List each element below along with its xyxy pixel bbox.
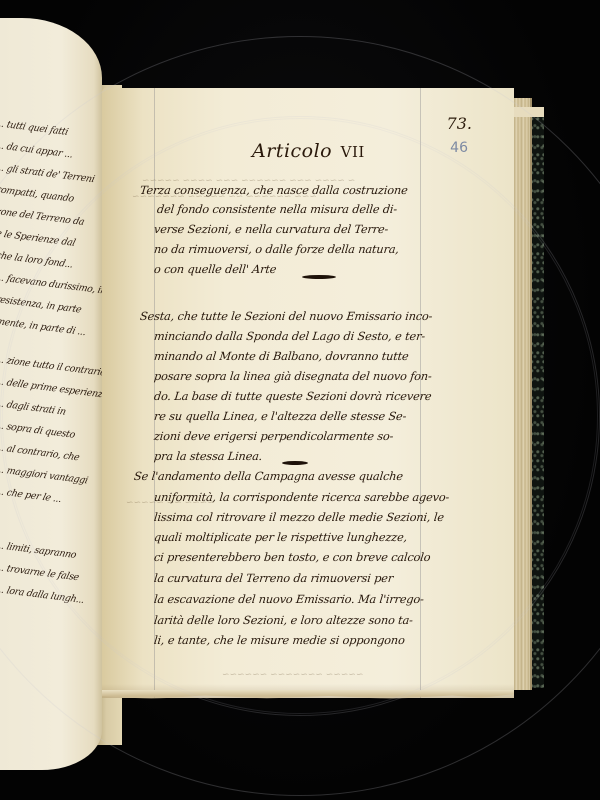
text-line: Terza conseguenza, che nasce dalla costr… bbox=[139, 184, 408, 197]
text-line: li, e tante, che le misure medie si oppo… bbox=[153, 634, 405, 647]
text-line: pra la stessa Linea. bbox=[153, 450, 263, 463]
text-line: la curvatura del Terreno da rimuoversi p… bbox=[153, 572, 393, 585]
folio-number: 73. bbox=[447, 114, 472, 133]
text-line: del fondo consistente nella misura delle… bbox=[156, 203, 397, 216]
endpaper-corner bbox=[510, 107, 544, 117]
heading-numeral: VII bbox=[341, 143, 365, 161]
text-line: quali moltiplicate per le rispettive lun… bbox=[153, 531, 407, 544]
article-heading: Articolo VII bbox=[252, 140, 365, 162]
text-line: Sesta, che tutte le Sezioni del nuovo Em… bbox=[139, 310, 433, 323]
left-page-text: ... tutti quei fatti ... da cui appar ..… bbox=[0, 113, 102, 601]
text-line: posare sopra la linea già disegnata del … bbox=[153, 370, 432, 383]
show-through-text: ~~~~~ ~~~~~~~ ~~~~~~ bbox=[222, 670, 363, 680]
text-line: la escavazione del nuovo Emissario. Ma l… bbox=[153, 593, 424, 606]
text-line: verse Sezioni, e nella curvatura del Ter… bbox=[153, 223, 389, 236]
text-line: o con quelle dell' Arte bbox=[153, 263, 277, 276]
text-line: ci presenterebbero ben tosto, e con brev… bbox=[153, 551, 431, 564]
text-line: lissima col ritrovare il mezzo delle med… bbox=[153, 511, 444, 524]
heading-label: Articolo bbox=[252, 140, 332, 162]
right-page: ~ ~~~~ ~~~ ~~~~~~ ~~~ ~~~~ ~~~~~ ~~~ ~~~… bbox=[102, 88, 514, 698]
text-line: zioni deve erigersi perpendicolarmente s… bbox=[153, 430, 394, 443]
left-page: ... tutti quei fatti ... da cui appar ..… bbox=[0, 18, 102, 770]
text-line: minando al Monte di Balbano, dovranno tu… bbox=[153, 350, 409, 363]
marbled-cover-board bbox=[530, 108, 544, 688]
text-line: no da rimuoversi, o dalle forze della na… bbox=[153, 243, 399, 256]
text-line: larità delle loro Sezioni, e loro altezz… bbox=[153, 614, 413, 627]
text-line: do. La base di tutte queste Sezioni dovr… bbox=[153, 390, 432, 403]
text-line: re su quella Linea, e l'altezza delle st… bbox=[153, 410, 407, 423]
text-line: minciando dalla Sponda del Lago di Sesto… bbox=[153, 330, 425, 343]
ink-flourish bbox=[302, 275, 336, 279]
ink-flourish bbox=[282, 461, 308, 465]
text-line: uniformità, la corrispondente ricerca sa… bbox=[153, 491, 450, 504]
pencil-folio-number: 46 bbox=[450, 140, 468, 156]
text-line: Se l'andamento della Campagna avesse qua… bbox=[133, 470, 403, 483]
